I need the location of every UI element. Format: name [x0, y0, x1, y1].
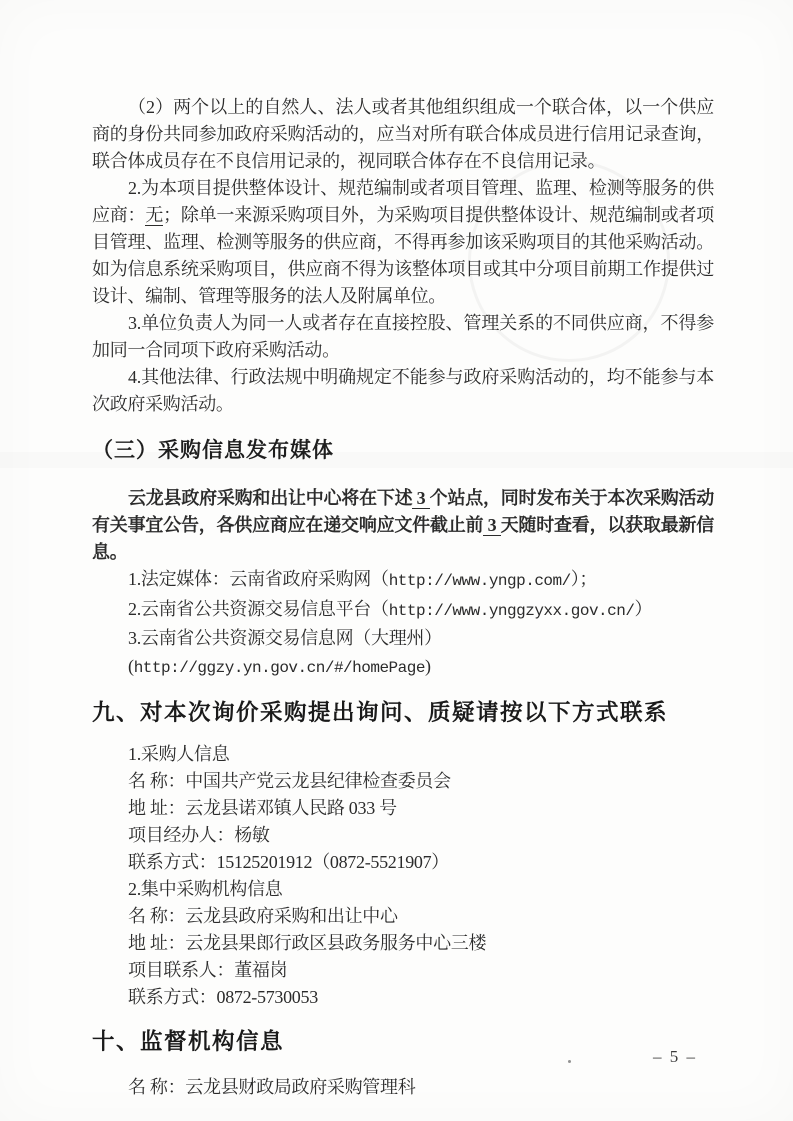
media-site-item: 1.法定媒体：云南省政府采购网（http://www.yngp.com/）； [92, 566, 714, 596]
media-site-2-url: http://www.ynggzyxx.gov.cn/ [389, 602, 635, 620]
paragraph-other-law-clause: 4.其他法律、行政法规中明确规定不能参与政府采购活动的，均不能参与本次政府采购活… [92, 364, 714, 418]
paragraph-supplier-clause: 2.为本项目提供整体设计、规范编制或者项目管理、监理、检测等服务的供应商：无；除… [92, 175, 714, 310]
purchaser-name: 名 称：中国共产党云龙县纪律检查委员会 [92, 768, 714, 795]
agency-address: 地 址：云龙县果郎行政区县政务服务中心三楼 [92, 930, 714, 957]
page-number: – 5 – [653, 1047, 697, 1067]
document-page: （2）两个以上的自然人、法人或者其他组织组成一个联合体，以一个供应商的身份共同参… [0, 0, 793, 1121]
media-site-3-suffix: ) [425, 656, 431, 676]
media-intro-paragraph: 云龙县政府采购和出让中心将在下述 3 个站点，同时发布关于本次采购活动有关事宜公… [92, 485, 714, 566]
agency-project-contact: 项目联系人：董福岗 [92, 957, 714, 984]
media-site-1-label: 1.法定媒体：云南省政府采购网（ [128, 569, 389, 589]
media-site-list: 1.法定媒体：云南省政府采购网（http://www.yngp.com/）； 2… [92, 566, 714, 682]
supplier-clause-underlined-none: 无 [145, 205, 163, 226]
page-content: （2）两个以上的自然人、法人或者其他组织组成一个联合体，以一个供应商的身份共同参… [92, 94, 714, 1101]
supervisor-name: 名 称：云龙县财政局政府采购管理科 [92, 1074, 714, 1101]
purchaser-contact-phone: 联系方式：15125201912（0872-5521907） [92, 849, 714, 876]
section-heading-media: （三）采购信息发布媒体 [92, 437, 714, 464]
paragraph-same-person-clause: 3.单位负责人为同一人或者存在直接控股、管理关系的不同供应商，不得参加同一合同项… [92, 310, 714, 364]
media-site-2-label: 2.云南省公共资源交易信息平台（ [128, 599, 389, 619]
media-intro-num2-underlined: 3 [483, 515, 500, 536]
procurement-agency-info-block: 2.集中采购机构信息 名 称：云龙县政府采购和出让中心 地 址：云龙县果郎行政区… [92, 876, 714, 1011]
agency-contact-phone: 联系方式：0872-5730053 [92, 984, 714, 1011]
purchaser-project-handler: 项目经办人：杨敏 [92, 822, 714, 849]
section-heading-inquiry-contact: 九、对本次询价采购提出询问、质疑请按以下方式联系 [92, 697, 714, 728]
agency-name: 名 称：云龙县政府采购和出让中心 [92, 903, 714, 930]
media-site-3-url: http://ggzy.yn.gov.cn/#/homePage [134, 659, 425, 677]
media-intro-num1-underlined: 3 [412, 488, 429, 509]
supplier-clause-suffix: ；除单一来源采购项目外，为采购项目提供整体设计、规范编制或者项目管理、监理、检测… [92, 205, 714, 306]
supervisor-info-block: 名 称：云龙县财政局政府采购管理科 [92, 1074, 714, 1101]
purchaser-info-block: 1.采购人信息 名 称：中国共产党云龙县纪律检查委员会 地 址：云龙县诺邓镇人民… [92, 741, 714, 876]
media-site-1-url: http://www.yngp.com/ [389, 572, 571, 590]
purchaser-info-title: 1.采购人信息 [92, 741, 714, 768]
media-intro-part1: 云龙县政府采购和出让中心将在下述 [128, 488, 412, 508]
section-heading-supervisor: 十、监督机构信息 [92, 1026, 714, 1057]
purchaser-address: 地 址：云龙县诺邓镇人民路 033 号 [92, 795, 714, 822]
agency-info-title: 2.集中采购机构信息 [92, 876, 714, 903]
media-site-2-suffix: ） [634, 599, 652, 619]
media-site-item: 2.云南省公共资源交易信息平台（http://www.ynggzyxx.gov.… [92, 596, 714, 626]
media-site-item: 3.云南省公共资源交易信息网（大理州）(http://ggzy.yn.gov.c… [92, 625, 714, 682]
paragraph-joint-consortium: （2）两个以上的自然人、法人或者其他组织组成一个联合体，以一个供应商的身份共同参… [92, 94, 714, 175]
media-site-1-suffix: ）； [571, 569, 597, 589]
